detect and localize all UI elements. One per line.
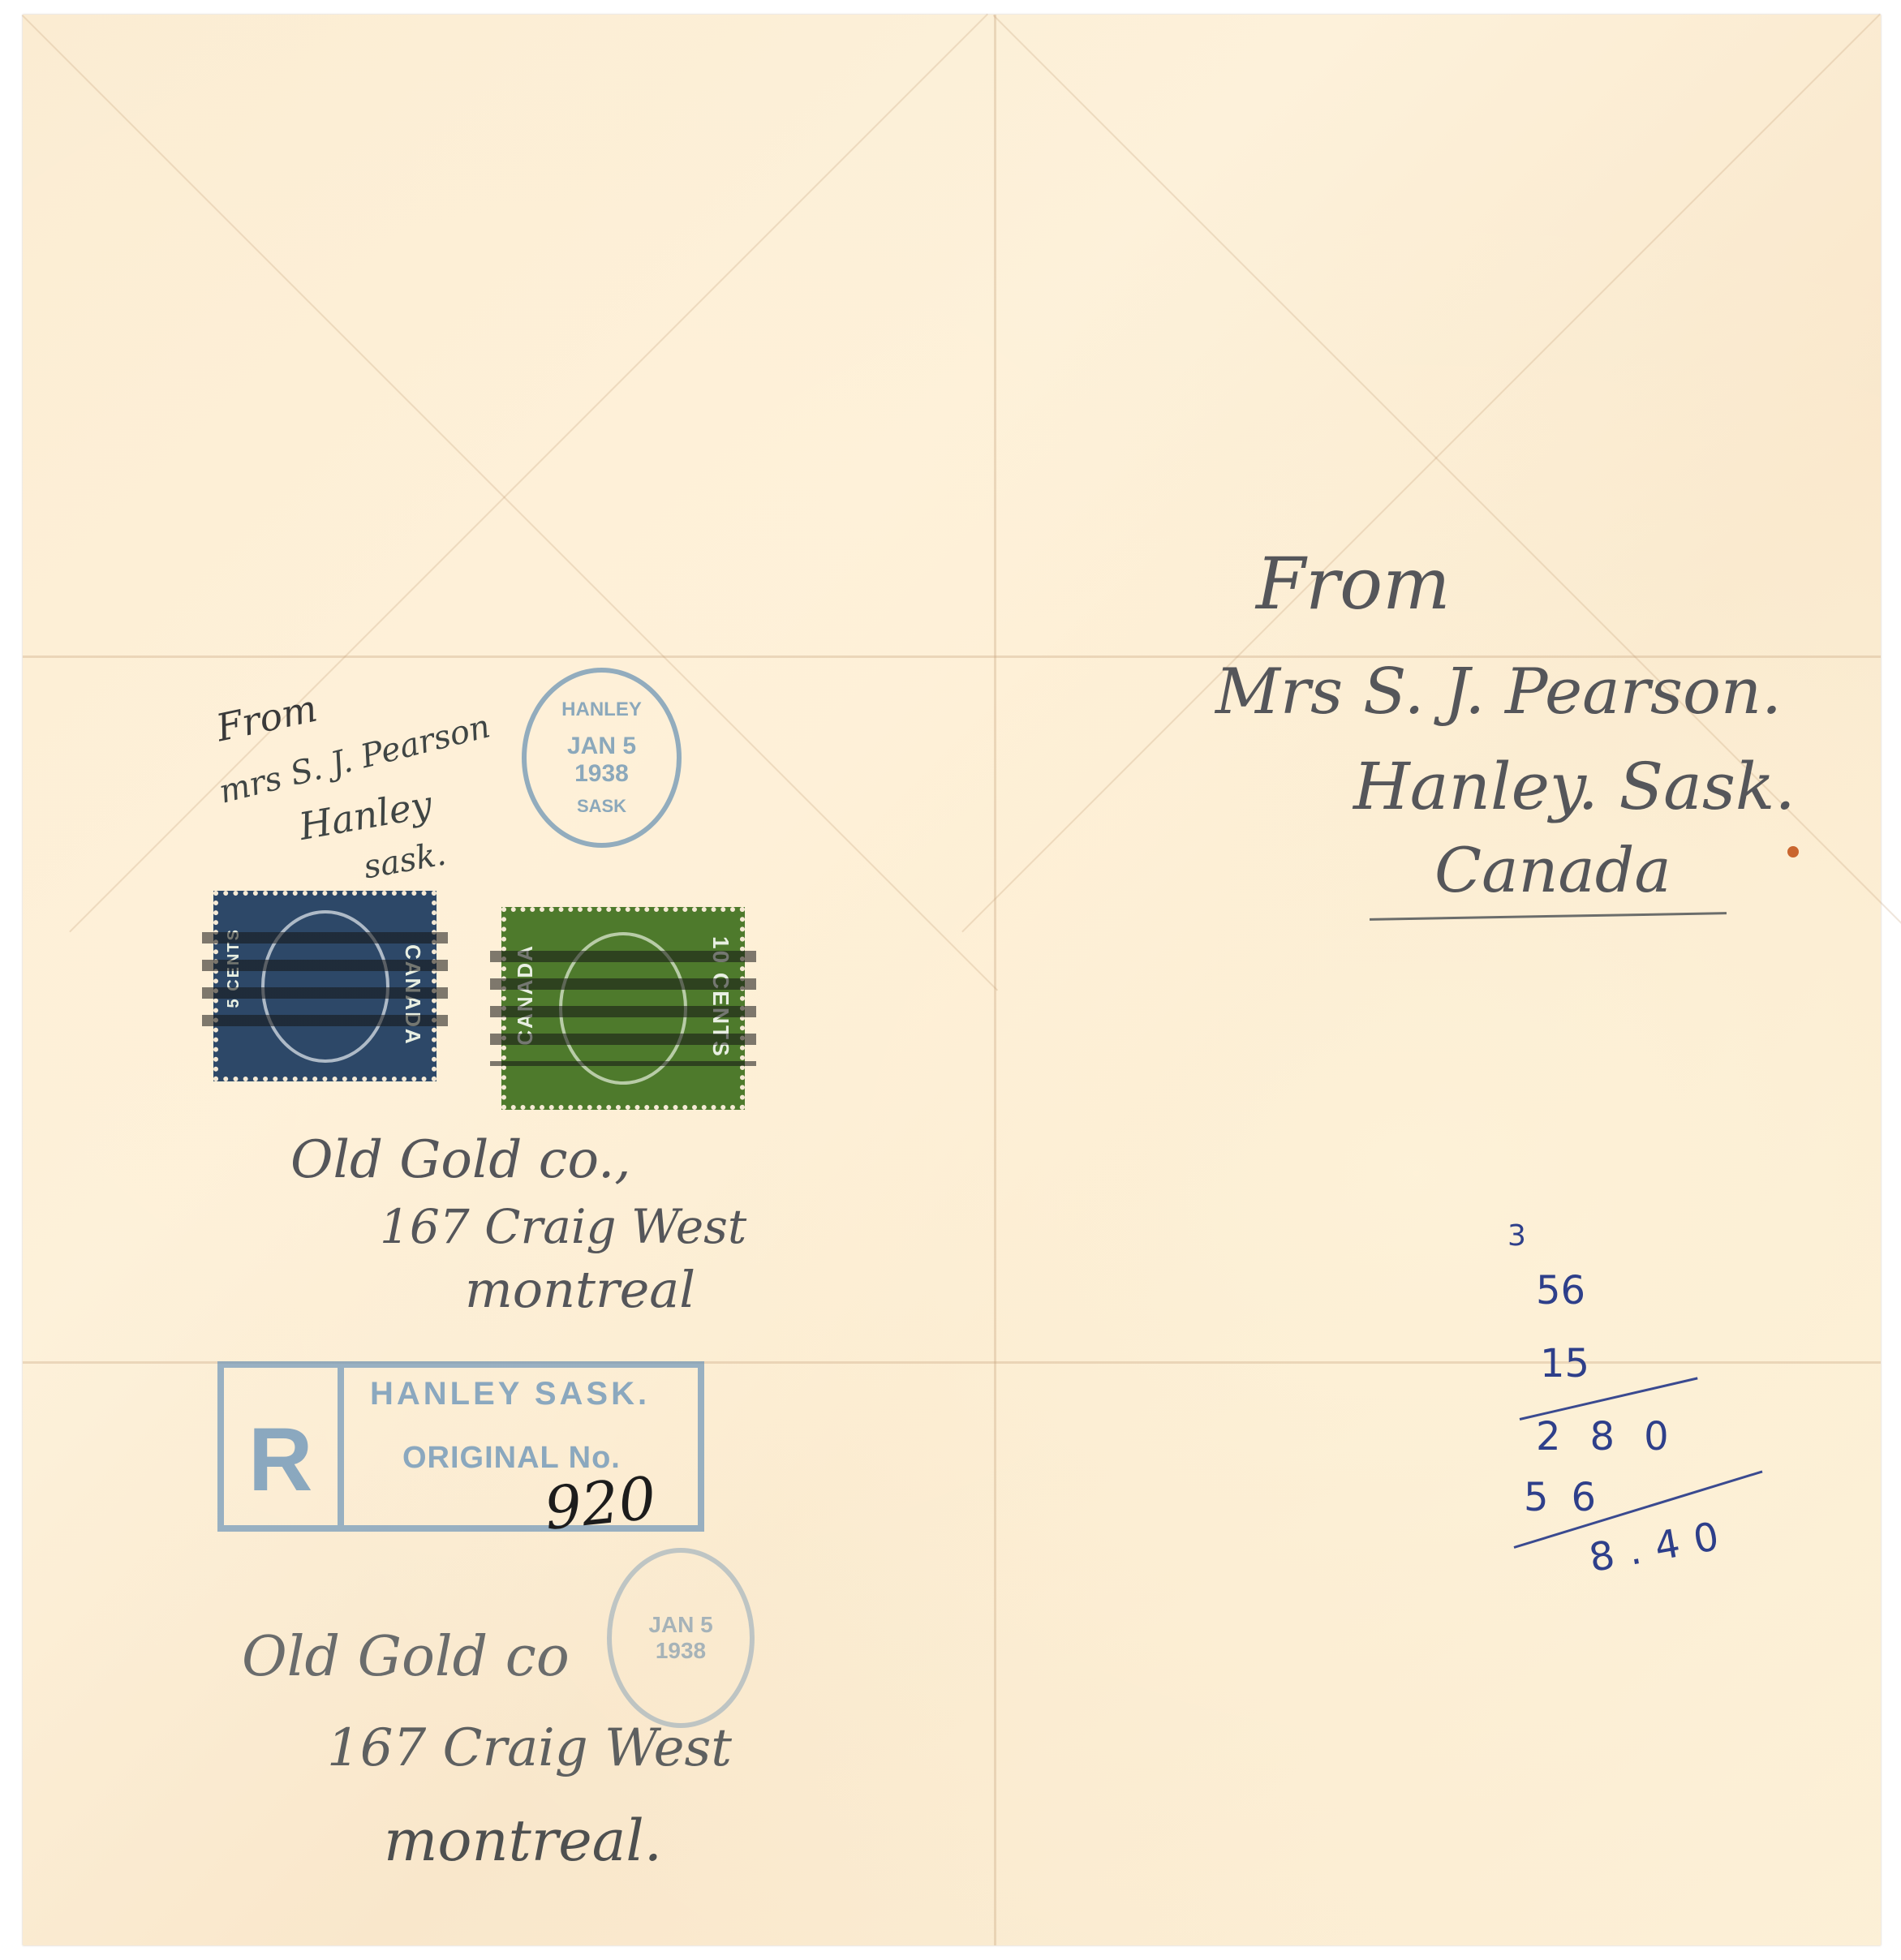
- address-line: montreal: [465, 1260, 695, 1319]
- calc-partial-2: 56: [1524, 1475, 1619, 1520]
- cancellation-bars: [490, 951, 756, 1067]
- postmark-province: SASK: [577, 796, 626, 817]
- stamp-5-cents: CANADA 5 CENTS: [213, 891, 437, 1081]
- sender-line: Canada: [1434, 834, 1671, 906]
- postmark-hanley: HANLEY JAN 5 1938 SASK: [522, 668, 682, 848]
- address-line: 167 Craig West: [327, 1718, 732, 1778]
- registration-letter: R: [248, 1408, 316, 1511]
- address-line: 167 Craig West: [380, 1199, 746, 1254]
- postmark-year: 1938: [574, 760, 629, 788]
- sender-note-line: From: [213, 686, 321, 750]
- calc-partial-1: 280: [1536, 1414, 1698, 1459]
- address-line: Old Gold co.,: [290, 1130, 631, 1190]
- sender-line: Mrs S. J. Pearson.: [1215, 655, 1782, 729]
- sender-line: From: [1256, 542, 1451, 625]
- postmark-date: JAN 5: [567, 733, 636, 760]
- calc-carry: 3: [1507, 1219, 1526, 1253]
- sender-line: Hanley. Sask.: [1353, 749, 1796, 824]
- address-line: montreal.: [384, 1807, 662, 1874]
- ink-spot: [1787, 846, 1799, 857]
- calc-multiplicand: 56: [1536, 1268, 1585, 1313]
- postmark-town: HANLEY: [561, 698, 642, 721]
- address-line: Old Gold co: [242, 1625, 570, 1689]
- sender-note-line: sask.: [361, 836, 449, 887]
- postmark-partial: JAN 5 1938: [607, 1548, 755, 1728]
- registration-label: R HANLEY SASK. ORIGINAL No. 920: [217, 1361, 704, 1532]
- envelope-paper: From mrs S. J. Pearson Hanley sask. HANL…: [23, 15, 1881, 1945]
- crease: [22, 15, 998, 991]
- postmark-date: JAN 5: [648, 1612, 712, 1638]
- registration-office: HANLEY SASK.: [370, 1376, 650, 1412]
- registration-number: 920: [541, 1464, 659, 1543]
- registration-divider: [338, 1368, 344, 1525]
- cancellation-bars: [202, 932, 448, 1041]
- vertical-fold: [994, 15, 996, 1945]
- sender-note-line: Hanley: [296, 782, 436, 849]
- calc-multiplier: 15: [1540, 1341, 1589, 1386]
- stamp-10-cents: CANADA 10 CENTS: [501, 907, 745, 1110]
- sender-underline: [1370, 912, 1727, 921]
- calc-result: 8.40: [1585, 1511, 1736, 1581]
- postmark-year: 1938: [656, 1638, 706, 1664]
